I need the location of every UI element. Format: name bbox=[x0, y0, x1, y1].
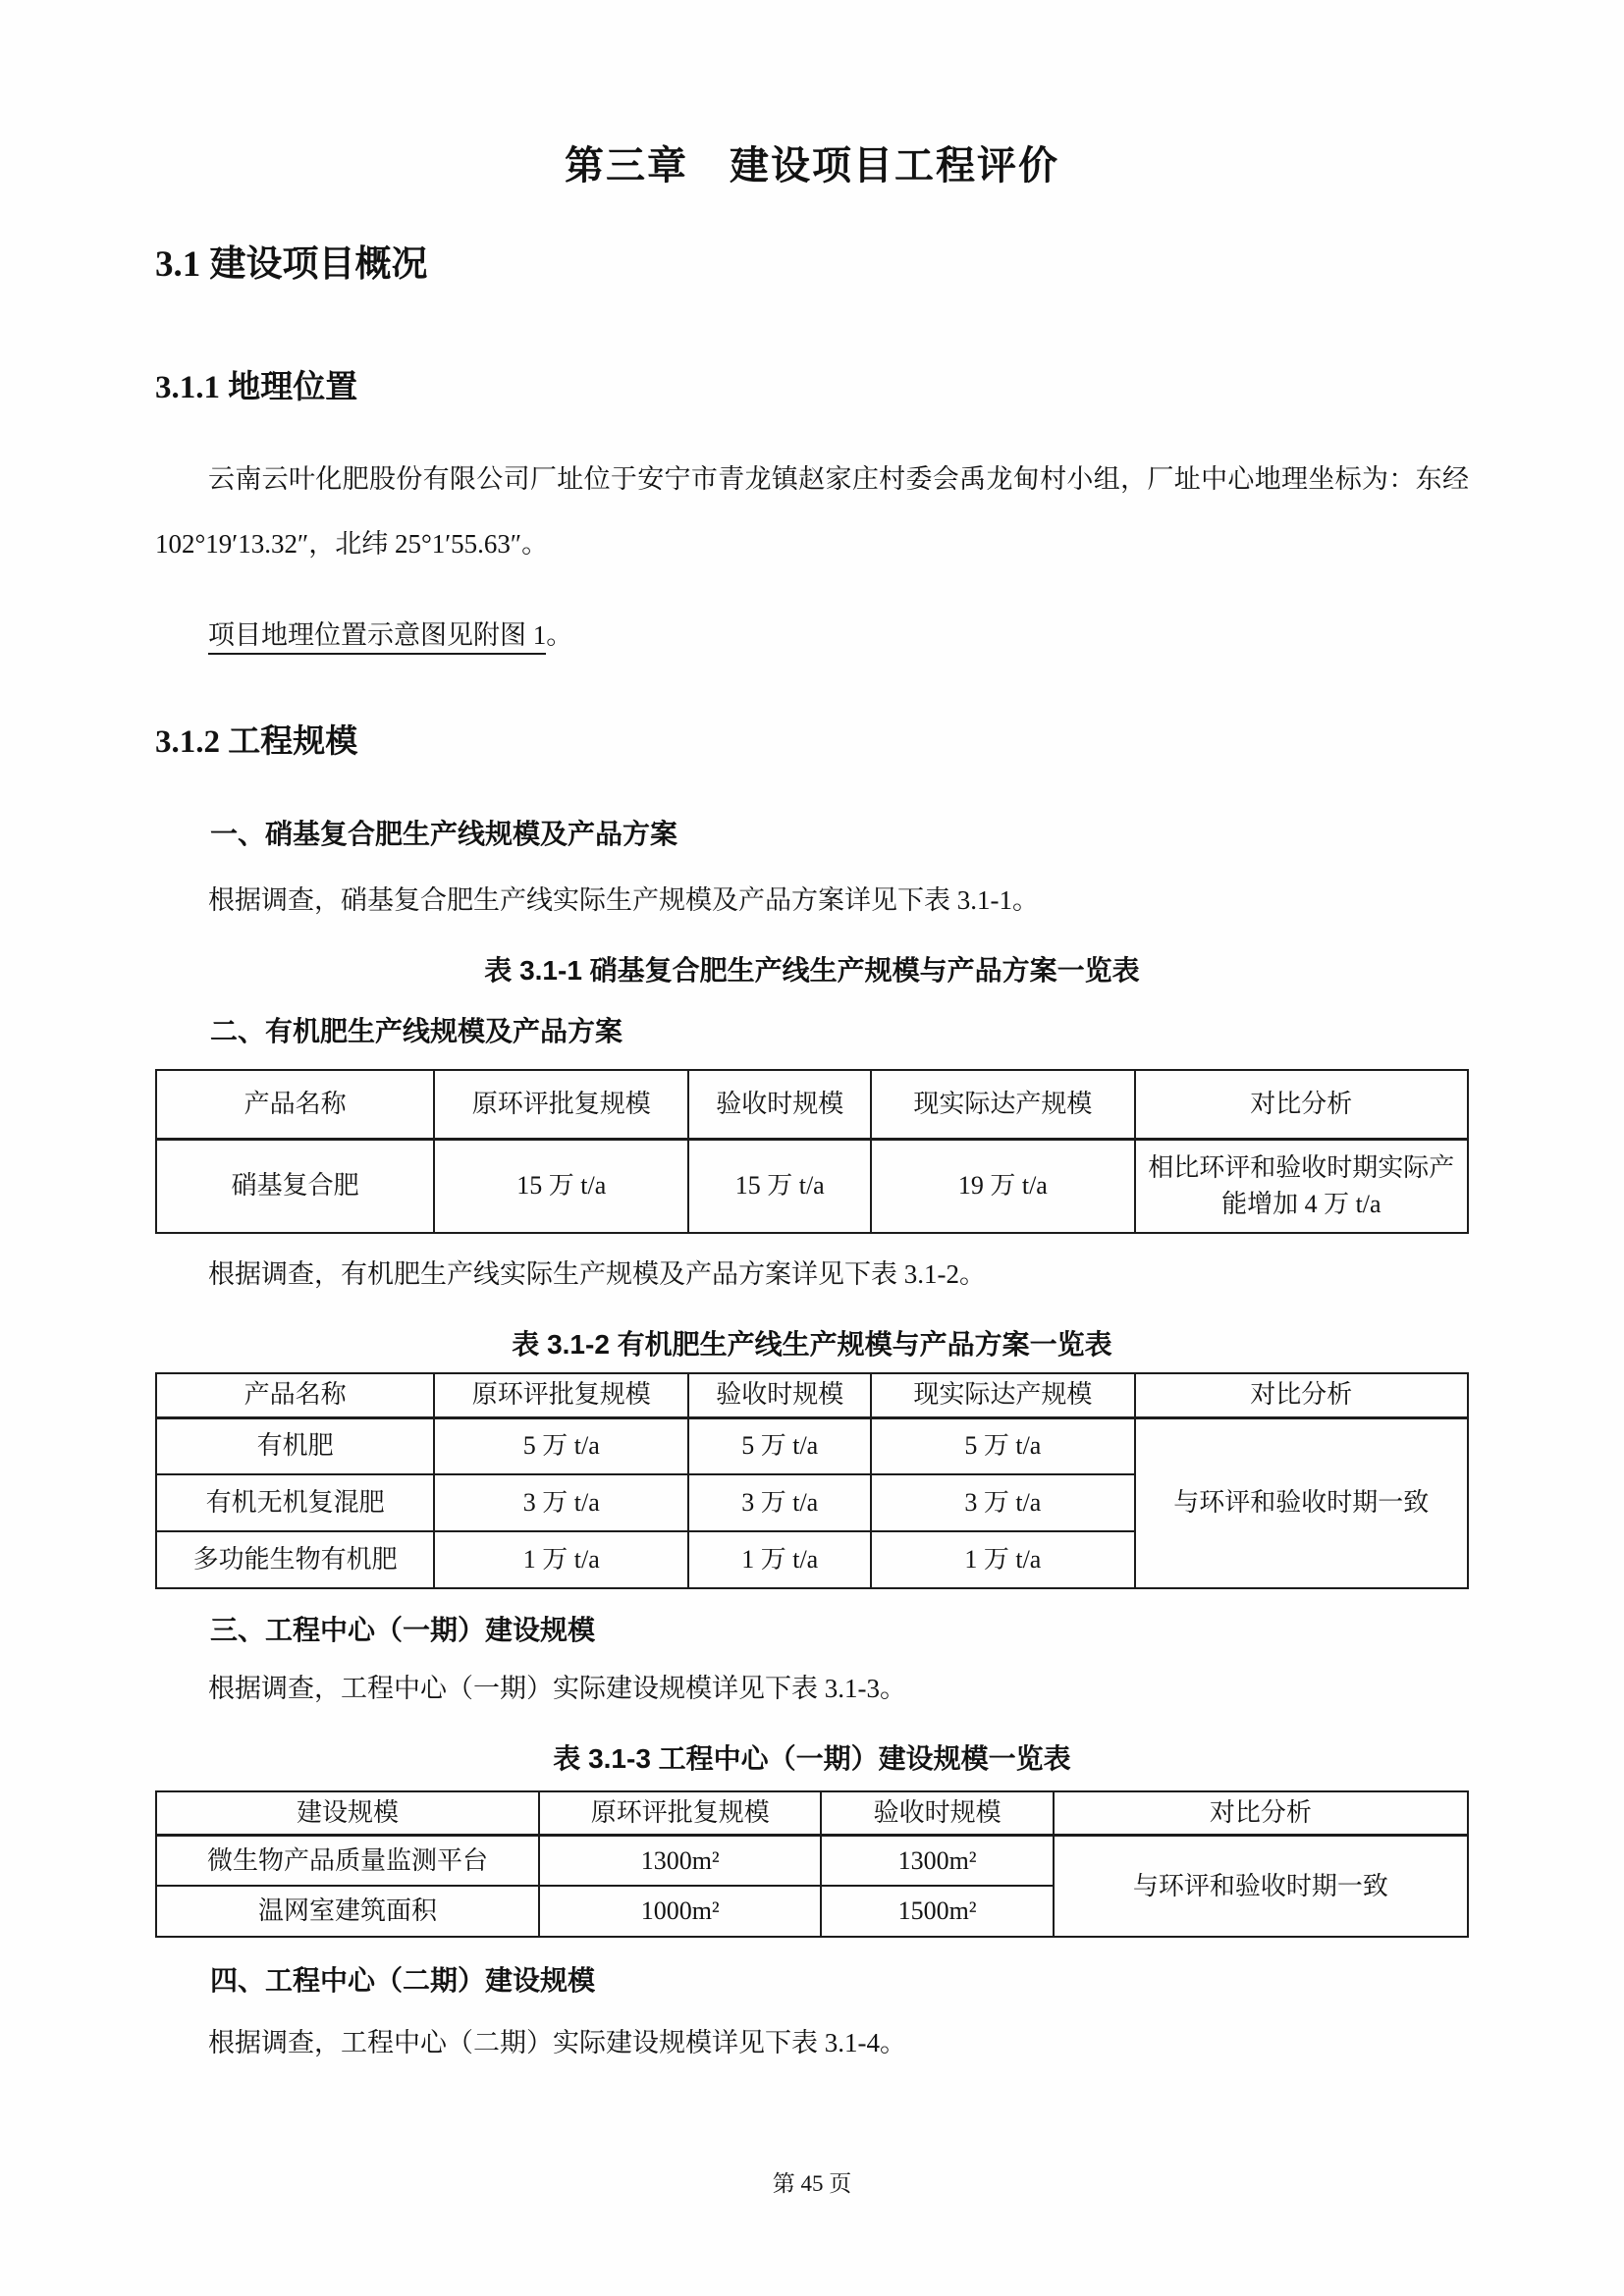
map-reference-underlined-text: 项目地理位置示意图见附图 1 bbox=[208, 620, 546, 655]
column-header: 原环评批复规模 bbox=[434, 1070, 688, 1139]
table-row: 有机肥 5 万 t/a 5 万 t/a 5 万 t/a 与环评和验收时期一致 bbox=[156, 1417, 1468, 1474]
item-heading-3: 三、工程中心（一期）建设规模 bbox=[155, 1613, 1469, 1648]
item-heading-4: 四、工程中心（二期）建设规模 bbox=[155, 1963, 1469, 1999]
map-reference-period: 。 bbox=[546, 620, 572, 650]
page-number: 第 45 页 bbox=[0, 2165, 1624, 2198]
table-cell: 1 万 t/a bbox=[688, 1531, 871, 1588]
table-cell: 3 万 t/a bbox=[434, 1474, 688, 1531]
table-row: 微生物产品质量监测平台 1300m² 1300m² 与环评和验收时期一致 bbox=[156, 1835, 1468, 1886]
column-header: 验收时规模 bbox=[688, 1070, 871, 1139]
heading-3-1-2: 3.1.2 工程规模 bbox=[155, 722, 1469, 762]
table-cell: 相比环评和验收时期实际产能增加 4 万 t/a bbox=[1135, 1139, 1468, 1233]
table-cell: 5 万 t/a bbox=[688, 1417, 871, 1474]
table-cell-merged-comparison: 与环评和验收时期一致 bbox=[1054, 1835, 1468, 1937]
table-cell: 1 万 t/a bbox=[871, 1531, 1135, 1588]
table-cell: 有机无机复混肥 bbox=[156, 1474, 434, 1531]
table-cell: 多功能生物有机肥 bbox=[156, 1531, 434, 1588]
table-cell: 15 万 t/a bbox=[434, 1139, 688, 1233]
table-header-row: 产品名称 原环评批复规模 验收时规模 现实际达产规模 对比分析 bbox=[156, 1070, 1468, 1139]
column-header: 验收时规模 bbox=[821, 1791, 1053, 1835]
item-heading-2: 二、有机肥生产线规模及产品方案 bbox=[155, 1014, 1469, 1049]
column-header: 建设规模 bbox=[156, 1791, 539, 1835]
table-cell: 3 万 t/a bbox=[688, 1474, 871, 1531]
document-page: 第三章 建设项目工程评价 3.1 建设项目概况 3.1.1 地理位置 云南云叶化… bbox=[0, 0, 1624, 2296]
column-header: 对比分析 bbox=[1135, 1070, 1468, 1139]
table-cell: 3 万 t/a bbox=[871, 1474, 1135, 1531]
heading-3-1: 3.1 建设项目概况 bbox=[155, 243, 1469, 287]
table-cell: 5 万 t/a bbox=[871, 1417, 1135, 1474]
paragraph-location: 云南云叶化肥股份有限公司厂址位于安宁市青龙镇赵家庄村委会禹龙甸村小组，厂址中心地… bbox=[155, 447, 1469, 576]
table-cell: 温网室建筑面积 bbox=[156, 1886, 539, 1937]
paragraph-ref-table-3-1-1: 根据调查，硝基复合肥生产线实际生产规模及产品方案详见下表 3.1-1。 bbox=[155, 876, 1469, 925]
table-cell-merged-comparison: 与环评和验收时期一致 bbox=[1135, 1417, 1468, 1588]
column-header: 对比分析 bbox=[1054, 1791, 1468, 1835]
organic-fertilizer-table: 产品名称 原环评批复规模 验收时规模 现实际达产规模 对比分析 有机肥 5 万 … bbox=[155, 1372, 1469, 1589]
table-caption-3-1-1: 表 3.1-1 硝基复合肥生产线生产规模与产品方案一览表 bbox=[155, 951, 1469, 990]
table-cell: 5 万 t/a bbox=[434, 1417, 688, 1474]
table-header-row: 产品名称 原环评批复规模 验收时规模 现实际达产规模 对比分析 bbox=[156, 1373, 1468, 1417]
column-header: 现实际达产规模 bbox=[871, 1070, 1135, 1139]
table-cell: 1000m² bbox=[539, 1886, 821, 1937]
table-cell: 1 万 t/a bbox=[434, 1531, 688, 1588]
table-header-row: 建设规模 原环评批复规模 验收时规模 对比分析 bbox=[156, 1791, 1468, 1835]
table-cell: 1300m² bbox=[821, 1835, 1053, 1886]
paragraph-ref-table-3-1-2: 根据调查，有机肥生产线实际生产规模及产品方案详见下表 3.1-2。 bbox=[155, 1250, 1469, 1299]
paragraph-ref-table-3-1-4: 根据调查，工程中心（二期）实际建设规模详见下表 3.1-4。 bbox=[155, 2018, 1469, 2067]
column-header: 对比分析 bbox=[1135, 1373, 1468, 1417]
table-row: 硝基复合肥 15 万 t/a 15 万 t/a 19 万 t/a 相比环评和验收… bbox=[156, 1139, 1468, 1233]
column-header: 现实际达产规模 bbox=[871, 1373, 1135, 1417]
column-header: 产品名称 bbox=[156, 1070, 434, 1139]
paragraph-map-reference: 项目地理位置示意图见附图 1。 bbox=[155, 603, 1469, 667]
table-caption-3-1-2: 表 3.1-2 有机肥生产线生产规模与产品方案一览表 bbox=[155, 1325, 1469, 1364]
table-caption-3-1-3: 表 3.1-3 工程中心（一期）建设规模一览表 bbox=[155, 1739, 1469, 1779]
table-cell: 1500m² bbox=[821, 1886, 1053, 1937]
heading-3-1-1: 3.1.1 地理位置 bbox=[155, 368, 1469, 407]
column-header: 原环评批复规模 bbox=[539, 1791, 821, 1835]
chapter-title: 第三章 建设项目工程评价 bbox=[155, 142, 1469, 189]
table-cell: 19 万 t/a bbox=[871, 1139, 1135, 1233]
table-cell: 1300m² bbox=[539, 1835, 821, 1886]
column-header: 原环评批复规模 bbox=[434, 1373, 688, 1417]
table-cell: 硝基复合肥 bbox=[156, 1139, 434, 1233]
column-header: 产品名称 bbox=[156, 1373, 434, 1417]
column-header: 验收时规模 bbox=[688, 1373, 871, 1417]
table-cell: 15 万 t/a bbox=[688, 1139, 871, 1233]
table-cell: 微生物产品质量监测平台 bbox=[156, 1835, 539, 1886]
nitro-fertilizer-table: 产品名称 原环评批复规模 验收时规模 现实际达产规模 对比分析 硝基复合肥 15… bbox=[155, 1069, 1469, 1234]
paragraph-ref-table-3-1-3: 根据调查，工程中心（一期）实际建设规模详见下表 3.1-3。 bbox=[155, 1664, 1469, 1713]
table-cell: 有机肥 bbox=[156, 1417, 434, 1474]
engineering-center-phase1-table: 建设规模 原环评批复规模 验收时规模 对比分析 微生物产品质量监测平台 1300… bbox=[155, 1790, 1469, 1938]
item-heading-1: 一、硝基复合肥生产线规模及产品方案 bbox=[155, 817, 1469, 852]
